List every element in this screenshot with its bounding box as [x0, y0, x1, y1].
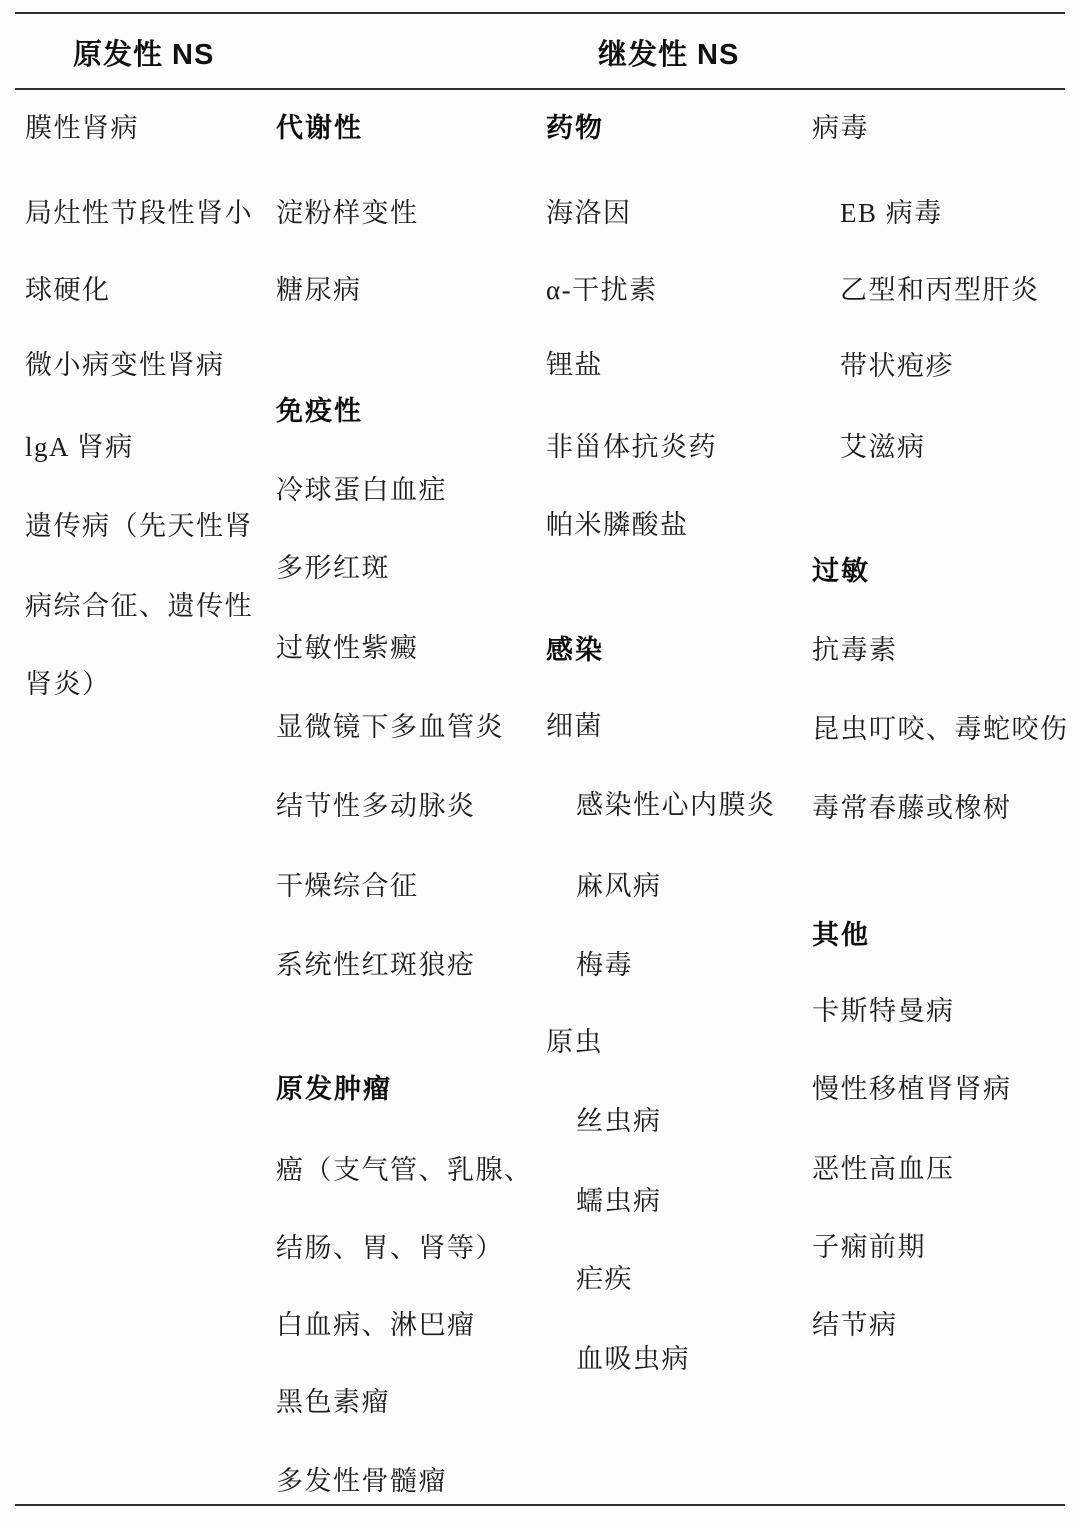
- table-cell: 麻风病: [576, 871, 662, 902]
- table-group-header: 感染: [546, 635, 604, 666]
- table-cell: 艾滋病: [840, 432, 926, 463]
- table-cell: α-干扰素: [546, 275, 658, 306]
- table-cell: 结节性多动脉炎: [276, 791, 476, 822]
- column-header-secondary-ns: 继发性 NS: [598, 41, 739, 70]
- table-cell: 帕米膦酸盐: [546, 510, 689, 541]
- table-cell: 恶性高血压: [812, 1154, 955, 1185]
- table-cell: 子痫前期: [812, 1232, 926, 1263]
- table-top-rule: [15, 12, 1065, 14]
- table-cell: 蠕虫病: [576, 1186, 662, 1217]
- table-cell: 感染性心内膜炎: [576, 790, 776, 821]
- column-header-primary-ns: 原发性 NS: [73, 41, 214, 70]
- table-cell: 系统性红斑狼疮: [276, 950, 476, 981]
- table-cell: 乙型和丙型肝炎: [840, 275, 1040, 306]
- table-cell: 疟疾: [576, 1264, 633, 1295]
- table-cell: 带状疱疹: [840, 351, 954, 382]
- table-group-header: 免疫性: [276, 396, 363, 427]
- table-cell: 结肠、胃、肾等）: [276, 1233, 504, 1264]
- table-header-rule: [15, 88, 1065, 90]
- table-cell: EB 病毒: [840, 198, 943, 229]
- table-cell: 遗传病（先天性肾: [25, 511, 253, 542]
- table-cell: 细菌: [546, 711, 603, 742]
- table-cell: 海洛因: [546, 198, 632, 229]
- table-cell: 抗毒素: [812, 635, 898, 666]
- table-cell: 慢性移植肾肾病: [812, 1074, 1012, 1105]
- table-cell: 过敏性紫癜: [276, 633, 419, 664]
- table-cell: 卡斯特曼病: [812, 996, 955, 1027]
- table-cell: 梅毒: [576, 950, 633, 981]
- table-cell: 冷球蛋白血症: [276, 475, 447, 506]
- table-cell: 糖尿病: [276, 275, 362, 306]
- table-cell: 黑色素瘤: [276, 1387, 390, 1418]
- table-cell: lgA 肾病: [25, 432, 134, 463]
- table-cell: 病综合征、遗传性: [25, 591, 253, 622]
- table-cell: 局灶性节段性肾小: [25, 198, 253, 229]
- scanned-table-page: 原发性 NS 继发性 NS 膜性肾病 局灶性节段性肾小 球硬化 微小病变性肾病 …: [0, 0, 1080, 1528]
- table-cell: 球硬化: [25, 275, 111, 306]
- table-cell: 淀粉样变性: [276, 198, 419, 229]
- table-cell: 病毒: [812, 113, 869, 144]
- table-cell: 锂盐: [546, 350, 603, 381]
- table-cell: 毒常春藤或橡树: [812, 793, 1012, 824]
- table-cell: 肾炎）: [25, 669, 111, 700]
- table-cell: 多形红斑: [276, 553, 390, 584]
- table-group-header: 过敏: [812, 556, 870, 587]
- table-cell: 血吸虫病: [576, 1344, 690, 1375]
- table-group-header: 代谢性: [276, 113, 363, 144]
- table-cell: 非甾体抗炎药: [546, 432, 717, 463]
- table-cell: 多发性骨髓瘤: [276, 1466, 447, 1497]
- table-cell: 微小病变性肾病: [25, 350, 225, 381]
- table-cell: 丝虫病: [576, 1106, 662, 1137]
- table-cell: 昆虫叮咬、毒蛇咬伤: [812, 714, 1069, 745]
- table-group-header: 其他: [812, 920, 870, 951]
- table-group-header: 药物: [546, 113, 604, 144]
- table-cell: 显微镜下多血管炎: [276, 712, 504, 743]
- table-cell: 原虫: [546, 1027, 603, 1058]
- table-cell: 白血病、淋巴瘤: [276, 1310, 476, 1341]
- table-cell: 干燥综合征: [276, 871, 419, 902]
- table-cell: 结节病: [812, 1310, 898, 1341]
- table-bottom-rule: [15, 1504, 1065, 1506]
- table-group-header: 原发肿瘤: [276, 1074, 392, 1105]
- table-cell: 膜性肾病: [25, 113, 139, 144]
- table-cell: 癌（支气管、乳腺、: [276, 1155, 533, 1186]
